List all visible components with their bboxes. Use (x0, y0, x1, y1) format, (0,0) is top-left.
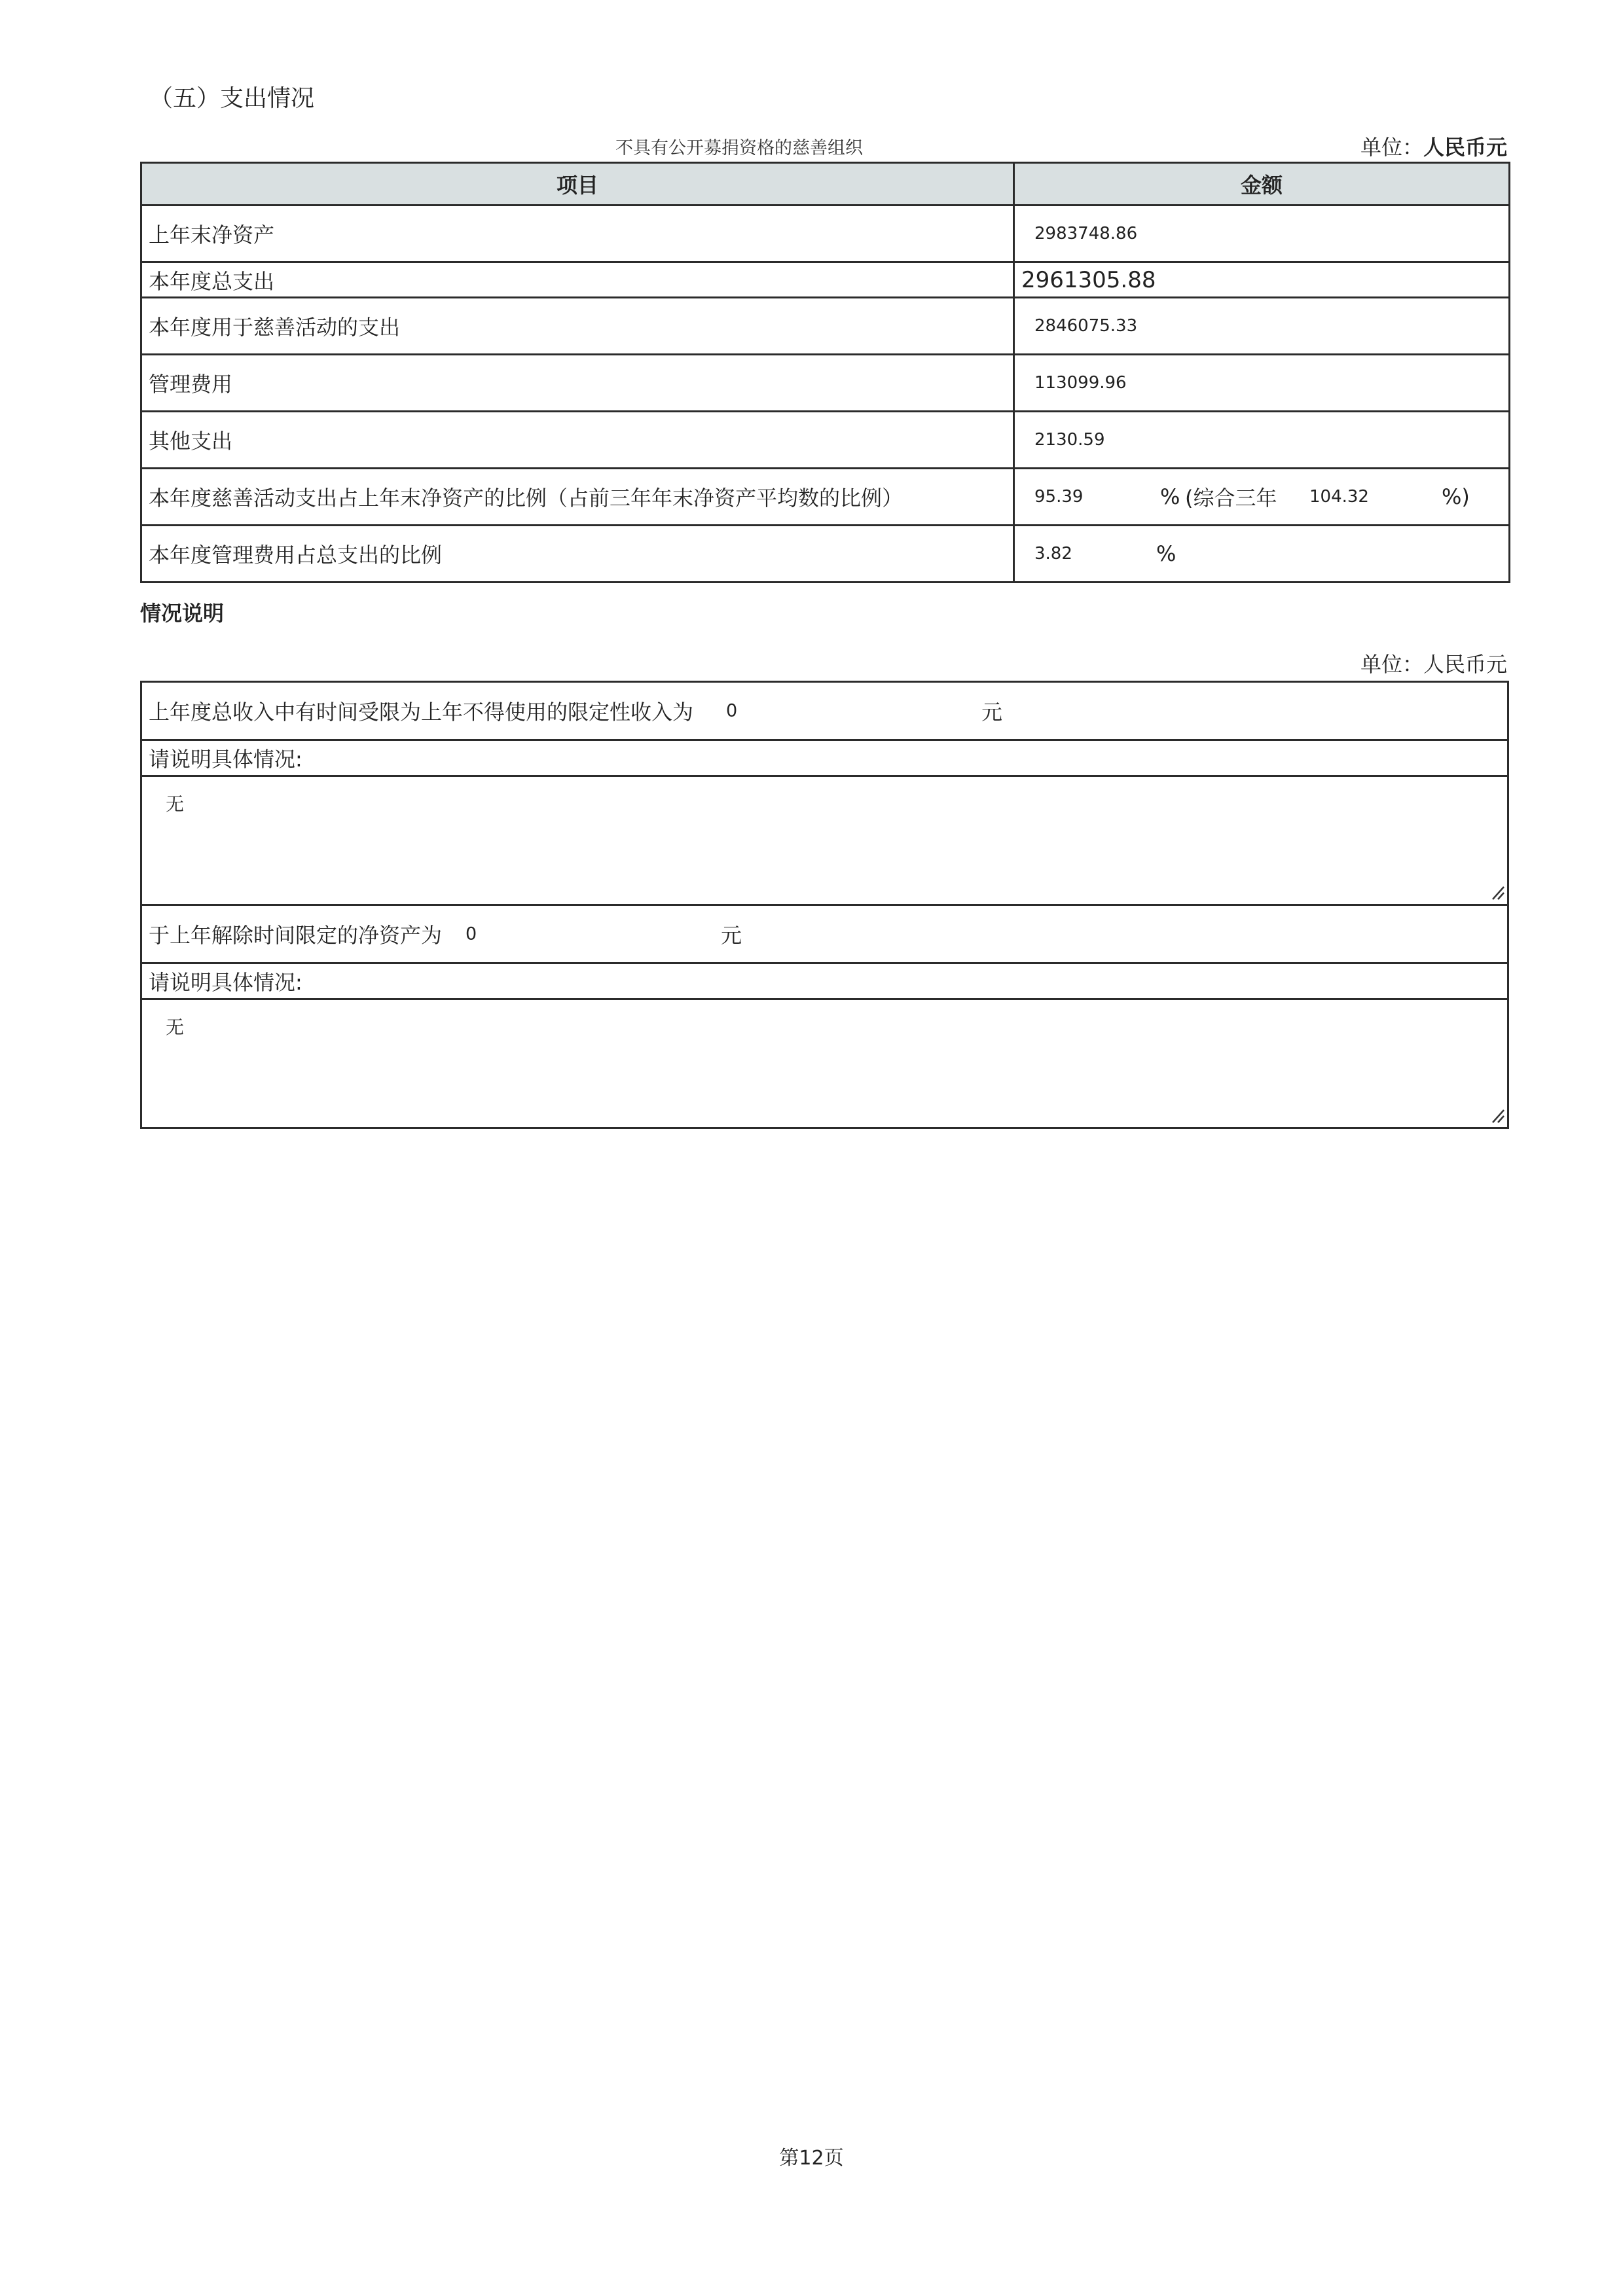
explain-text: 无 (166, 790, 184, 816)
notes-unit-label: 单位：人民币元 (1360, 648, 1507, 678)
resize-handle-icon[interactable] (1490, 886, 1504, 900)
explain-label-row: 请说明具体情况: (142, 741, 1507, 777)
expense-table: 项目 金额 上年末净资产 2983748.86 本年度总支出 2961305.8… (140, 162, 1510, 583)
row-label: 本年度慈善活动支出占上年末净资产的比例（占前三年年末净资产平均数的比例） (141, 469, 1014, 526)
notes-form: 上年度总收入中有时间受限为上年不得使用的限定性收入为 0 元 请说明具体情况: … (140, 681, 1509, 1129)
percent-symbol: % (1156, 541, 1176, 566)
restricted-income-label: 上年度总收入中有时间受限为上年不得使用的限定性收入为 (149, 696, 693, 726)
table-row: 本年度总支出 2961305.88 (141, 262, 1510, 298)
row-label: 本年度用于慈善活动的支出 (141, 298, 1014, 355)
currency-label: 元 (721, 919, 742, 949)
resize-handle-icon[interactable] (1490, 1109, 1504, 1123)
admin-ratio-cell: 3.82 % (1014, 526, 1510, 583)
table-row: 本年度慈善活动支出占上年末净资产的比例（占前三年年末净资产平均数的比例） 95.… (141, 469, 1510, 526)
three-year-ratio-value[interactable]: 104.32 (1309, 487, 1369, 507)
admin-expense-value[interactable]: 113099.96 (1014, 355, 1510, 412)
table-row: 管理费用 113099.96 (141, 355, 1510, 412)
page-number: 第12页 (0, 2142, 1623, 2170)
released-assets-label: 于上年解除时间限定的净资产为 (149, 919, 442, 949)
three-year-suffix: %) (1442, 484, 1470, 509)
header-amount: 金额 (1014, 163, 1510, 206)
percent-symbol: % (1160, 484, 1180, 509)
other-expense-value[interactable]: 2130.59 (1014, 412, 1510, 469)
admin-ratio-value[interactable]: 3.82 (1034, 544, 1072, 564)
restricted-income-value[interactable]: 0 (726, 701, 737, 721)
released-assets-value[interactable]: 0 (465, 924, 477, 944)
unit-prefix: 单位： (1360, 135, 1423, 160)
section-title: （五）支出情况 (149, 80, 314, 113)
row-label: 上年末净资产 (141, 206, 1014, 262)
currency-label: 元 (981, 696, 1002, 726)
row-label: 其他支出 (141, 412, 1014, 469)
row-label: 本年度管理费用占总支出的比例 (141, 526, 1014, 583)
released-assets-explain-textarea[interactable]: 无 (142, 1000, 1507, 1129)
table-row: 上年末净资产 2983748.86 (141, 206, 1510, 262)
unit-label: 单位：人民币元 (1360, 131, 1507, 161)
unit-value: 人民币元 (1423, 135, 1507, 160)
explain-label: 请说明具体情况: (149, 966, 302, 996)
restricted-income-explain-textarea[interactable]: 无 (142, 777, 1507, 906)
row-label: 管理费用 (141, 355, 1014, 412)
total-expense-value[interactable]: 2961305.88 (1014, 262, 1510, 298)
explain-label-row: 请说明具体情况: (142, 964, 1507, 1000)
table-caption: 不具有公开募捐资格的慈善组织 (615, 134, 863, 159)
table-header-row: 项目 金额 (141, 163, 1510, 206)
notes-heading: 情况说明 (140, 597, 224, 627)
restricted-income-row: 上年度总收入中有时间受限为上年不得使用的限定性收入为 0 元 (142, 683, 1507, 741)
header-item: 项目 (141, 163, 1014, 206)
table-row: 本年度用于慈善活动的支出 2846075.33 (141, 298, 1510, 355)
charity-expense-value[interactable]: 2846075.33 (1014, 298, 1510, 355)
charity-ratio-value[interactable]: 95.39 (1034, 487, 1083, 507)
row-label: 本年度总支出 (141, 262, 1014, 298)
three-year-prefix: (综合三年 (1185, 482, 1277, 512)
table-row: 其他支出 2130.59 (141, 412, 1510, 469)
charity-ratio-cell: 95.39 % (综合三年 104.32 %) (1014, 469, 1510, 526)
explain-label: 请说明具体情况: (149, 743, 302, 773)
net-assets-value[interactable]: 2983748.86 (1014, 206, 1510, 262)
released-assets-row: 于上年解除时间限定的净资产为 0 元 (142, 906, 1507, 964)
explain-text: 无 (166, 1013, 184, 1039)
table-row: 本年度管理费用占总支出的比例 3.82 % (141, 526, 1510, 583)
